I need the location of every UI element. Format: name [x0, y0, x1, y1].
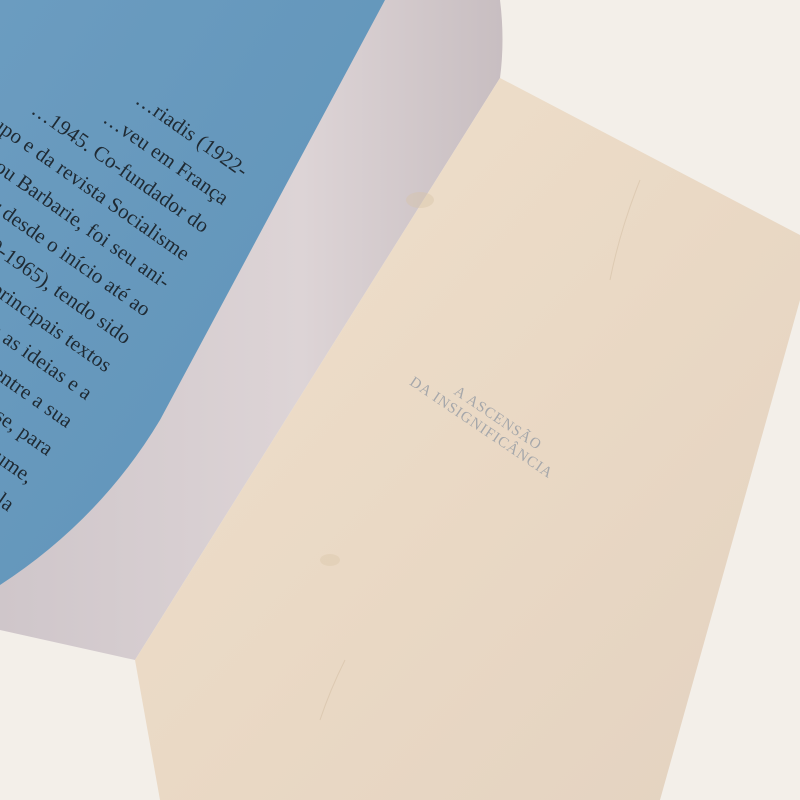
photo-scene: …riadis (1922- …veu em França …1945. Co-… — [0, 0, 800, 800]
